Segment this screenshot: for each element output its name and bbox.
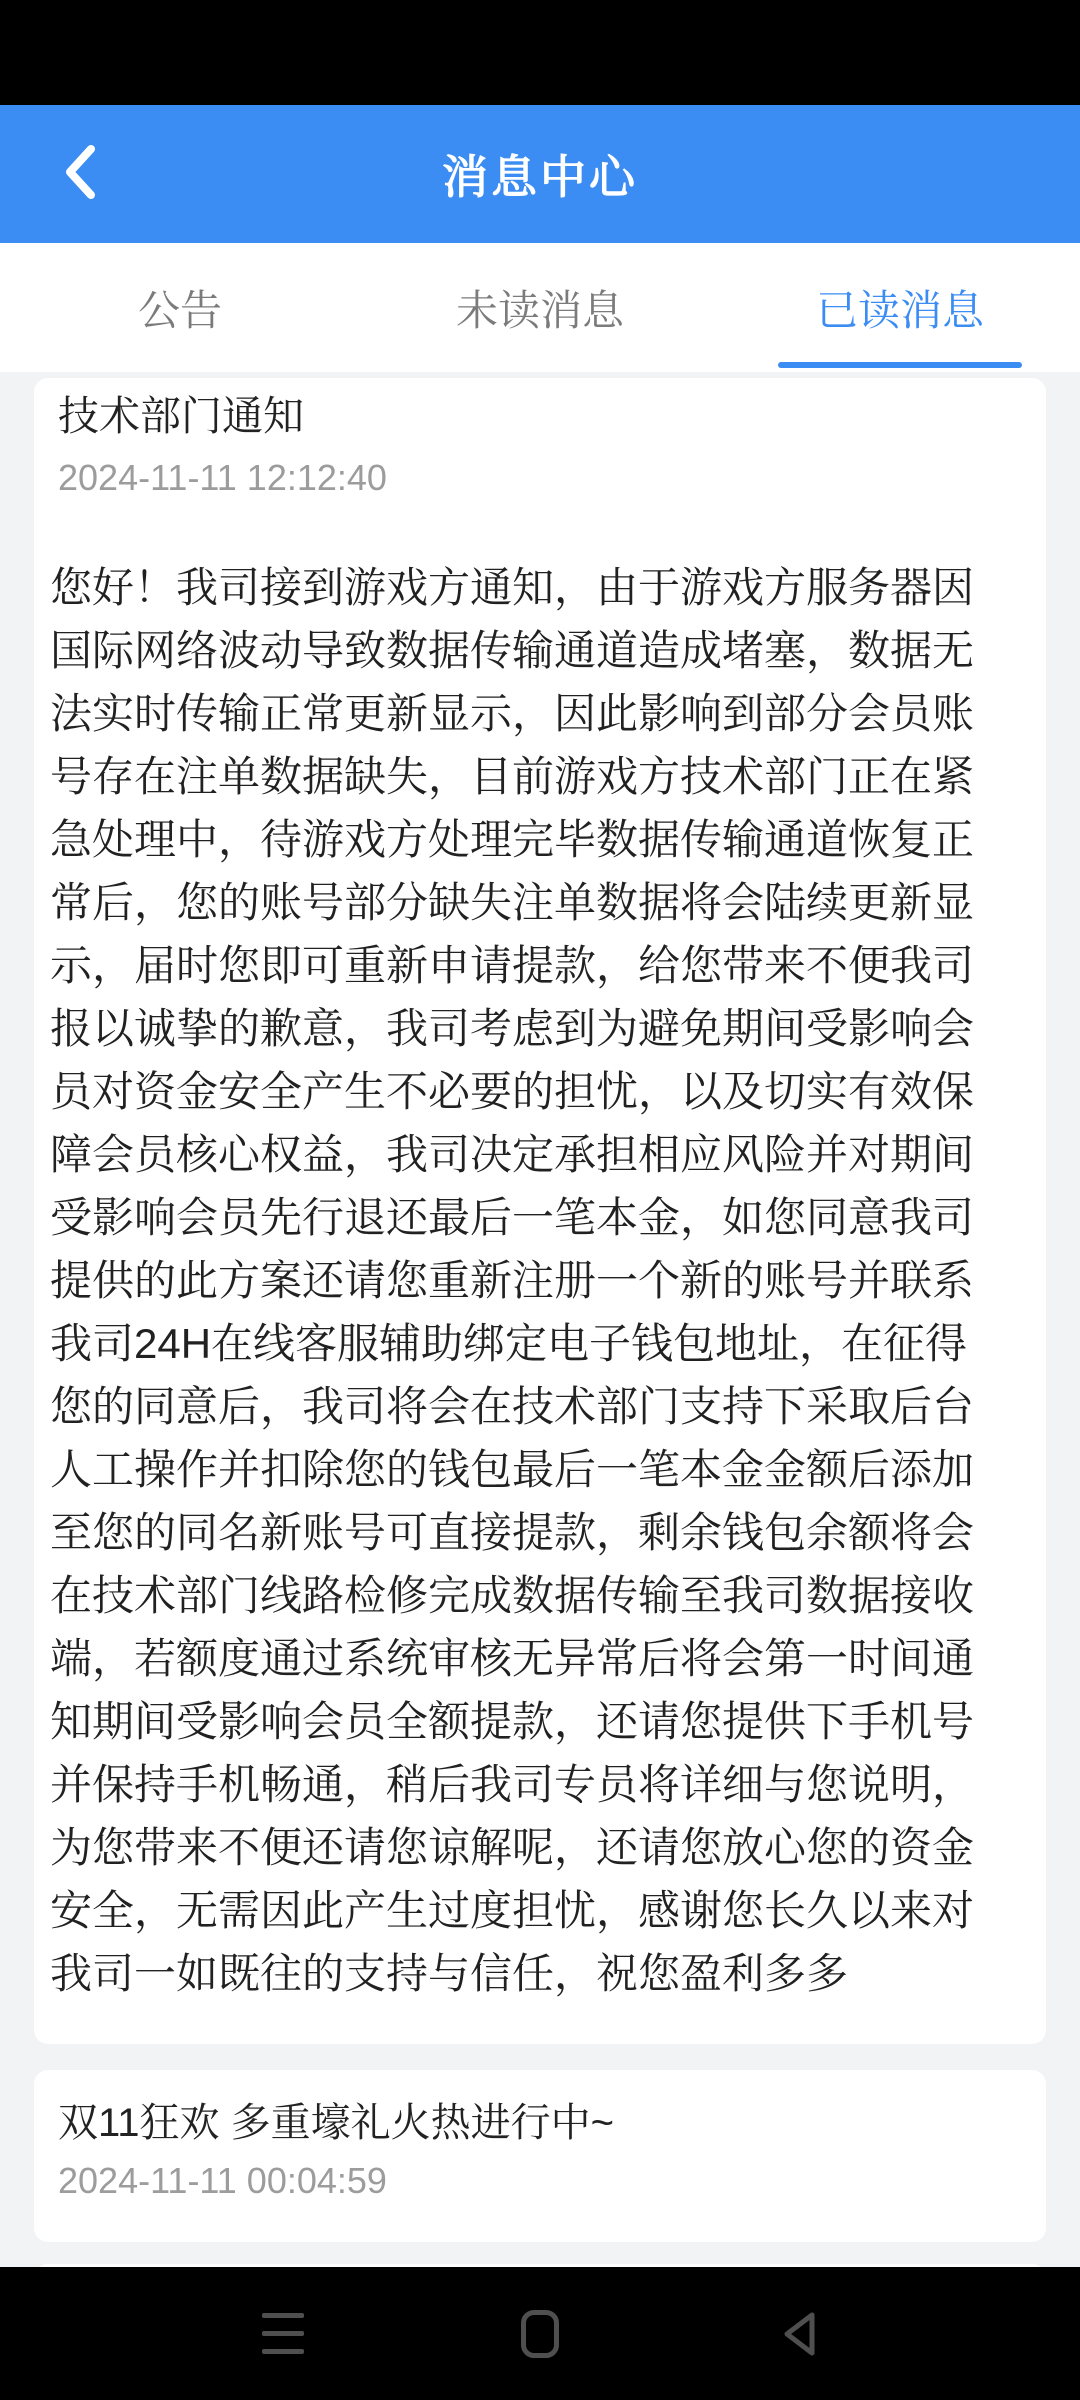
tab-unread-messages[interactable]: 未读消息 <box>360 243 720 372</box>
message-list: 技术部门通知 2024-11-11 12:12:40 您好！我司接到游戏方通知，… <box>0 372 1080 2294</box>
message-card[interactable]: 双11狂欢 多重壕礼火热进行中~ 2024-11-11 00:04:59 <box>34 2070 1046 2242</box>
home-button[interactable] <box>521 2310 559 2358</box>
tab-label: 未读消息 <box>456 278 624 338</box>
message-title: 技术部门通知 <box>58 390 1022 442</box>
chevron-left-icon <box>63 144 97 205</box>
tab-label: 公告 <box>138 278 222 338</box>
app-header: 消息中心 <box>0 105 1080 243</box>
tab-read-messages[interactable]: 已读消息 <box>720 243 1080 372</box>
message-timestamp: 2024-11-11 12:12:40 <box>58 456 1022 500</box>
tab-label: 已读消息 <box>816 278 984 338</box>
page-title: 消息中心 <box>442 141 638 207</box>
recent-apps-icon <box>262 2313 304 2354</box>
nav-bar <box>0 2267 1080 2400</box>
tab-bar: 公告 未读消息 已读消息 <box>0 243 1080 372</box>
back-button[interactable] <box>30 105 130 243</box>
nav-back-button[interactable] <box>782 2311 818 2357</box>
message-timestamp: 2024-11-11 00:04:59 <box>58 2160 1022 2202</box>
tab-active-underline <box>778 362 1022 368</box>
message-body: 您好！我司接到游戏方通知，由于游戏方服务器因国际网络波动导致数据传输通道造成堵塞… <box>50 556 991 2005</box>
tab-announcements[interactable]: 公告 <box>0 243 360 372</box>
message-card[interactable]: 技术部门通知 2024-11-11 12:12:40 您好！我司接到游戏方通知，… <box>34 378 1046 2044</box>
message-title: 双11狂欢 多重壕礼火热进行中~ <box>58 2098 1022 2148</box>
message-center-screen: { "header": { "title": "消息中心" }, "tabs":… <box>0 0 1080 2400</box>
recent-apps-button[interactable] <box>262 2313 304 2354</box>
status-bar <box>0 0 1080 105</box>
back-triangle-icon <box>782 2344 818 2361</box>
